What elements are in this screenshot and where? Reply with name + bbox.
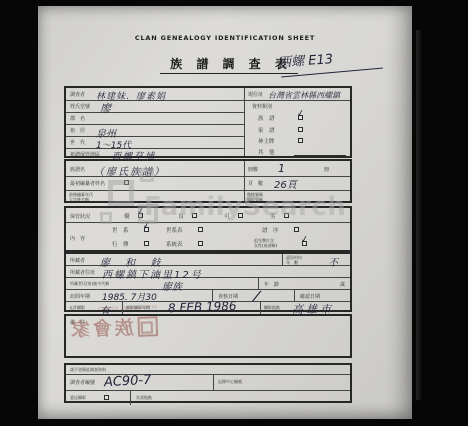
category-item-label: 神主牌 (258, 137, 275, 145)
book-name-label: 族譜名 (70, 166, 85, 173)
condition-label: 保管狀況 (70, 213, 90, 220)
hall-label: 姓氏堂號 (70, 103, 90, 110)
surveyor-no-label: 調查者編號 (70, 379, 95, 386)
registration-note: 請予登錄此調查資料 (70, 367, 106, 373)
holder-addr-label: 所藏者住址 (70, 269, 95, 276)
holder-note-value: 不 (328, 254, 338, 269)
content-label: 內 容 (70, 235, 85, 242)
other-label: 負責地點 (136, 395, 152, 401)
volumes-value: 1 (278, 162, 285, 175)
hall-value: 廖 (100, 100, 111, 116)
category-item-label: 族 譜 (258, 114, 275, 122)
visit-label: 訪問年期 (70, 293, 90, 300)
age-suffix: 歲 (340, 281, 345, 288)
address-value: 台灣省雲林縣西螺鎮 (268, 90, 340, 101)
holder-note-label-b: 年 數 (286, 260, 298, 266)
content-preface: 譜 序 (262, 226, 279, 234)
genealogy-form-page: CLAN GENEALOGY IDENTIFICATION SHEET 族 譜 … (38, 6, 412, 419)
confirm-date-label: 確認日期 (300, 293, 320, 300)
address-label: 現住址 (248, 91, 263, 98)
familysearch-watermark-text: FamilySearch (144, 192, 346, 222)
familysearch-logo-icon (94, 164, 174, 244)
checkbox-system-chart (198, 241, 203, 246)
volumes-label: 冊數 (248, 166, 258, 173)
society-stamp-watermark: GENEALOGICAL SOCIETY 族會家 (53, 304, 159, 362)
holder-addr-value: 西螺鎮下湳里12号 (102, 266, 203, 281)
holder-name-label: 所藏者 (70, 257, 85, 264)
checkbox-lineage-chart (198, 227, 203, 232)
checkbox-female-included (302, 241, 307, 246)
surveyor-label: 調查者 (70, 91, 85, 98)
category-item-label: 家 譜 (258, 126, 275, 134)
keep-area-label: 祖譜保管地區 (70, 151, 100, 158)
handwritten-annotation: 西螺 E13 (277, 48, 333, 71)
age-label: 年 齡 (264, 281, 279, 288)
checkbox-preface (294, 227, 299, 232)
other-blank-line (294, 155, 346, 156)
visit-value: 1985. 7月30 (102, 290, 157, 303)
scan-edge-shadow (416, 30, 422, 400)
holder-table: 所藏者 廖 和 鈙 還居村內 年 數 不 所藏者住址 西螺鎮下湳里12号 所藏者… (64, 252, 352, 312)
identity-table: 調查者 林建妹．廖素娟 現住址 台灣省雲林縣西螺鎮 姓氏堂號 廖 郡 名 祖 居… (64, 86, 352, 158)
pages-label: 頁 數 (248, 180, 263, 187)
category-label: 資料類別 (252, 103, 272, 110)
volumes-suffix: 冊 (324, 166, 329, 173)
place-label: 攝影地點 (264, 305, 280, 311)
pages-value: 26頁 (274, 176, 297, 191)
form-header: CLAN GENEALOGY IDENTIFICATION SHEET (38, 34, 412, 42)
clan-title-value: 廖族 (162, 278, 182, 293)
origin-label: 祖 居 (70, 127, 85, 134)
filmed-label: 委託攝影 (70, 395, 86, 401)
checkbox-family-genealogy (298, 127, 303, 132)
clan-name-label: 大宗族名稱 (69, 197, 89, 203)
surveyor-no-value: AC90-7 (104, 373, 152, 390)
generations-label: 世 代 (70, 139, 85, 146)
clan-title-label: 所藏者氏(家)族中代稱 (70, 281, 109, 287)
checkbox-clan-genealogy (298, 115, 303, 120)
content-female-label-b: 女性(或省略) (254, 243, 277, 249)
scanned-document-frame: CLAN GENEALOGY IDENTIFICATION SHEET 族 譜 … (0, 0, 468, 426)
stamp-characters: 族會家 (67, 313, 134, 342)
stamp-logo-icon (137, 316, 158, 337)
registration-table: 請予登錄此調查資料 調查者編號 AC90-7 記錄中心編號 委託攝影 負責地點 (64, 363, 352, 403)
checkbox-ancestral-tablet (298, 138, 303, 143)
film-date-value: 8 FEB 1986 (168, 299, 237, 315)
category-item-label: 其 他 (258, 148, 275, 156)
center-no-label: 記錄中心編號 (218, 379, 242, 385)
county-label: 郡 名 (70, 115, 85, 122)
checkbox-filmed (104, 395, 109, 400)
